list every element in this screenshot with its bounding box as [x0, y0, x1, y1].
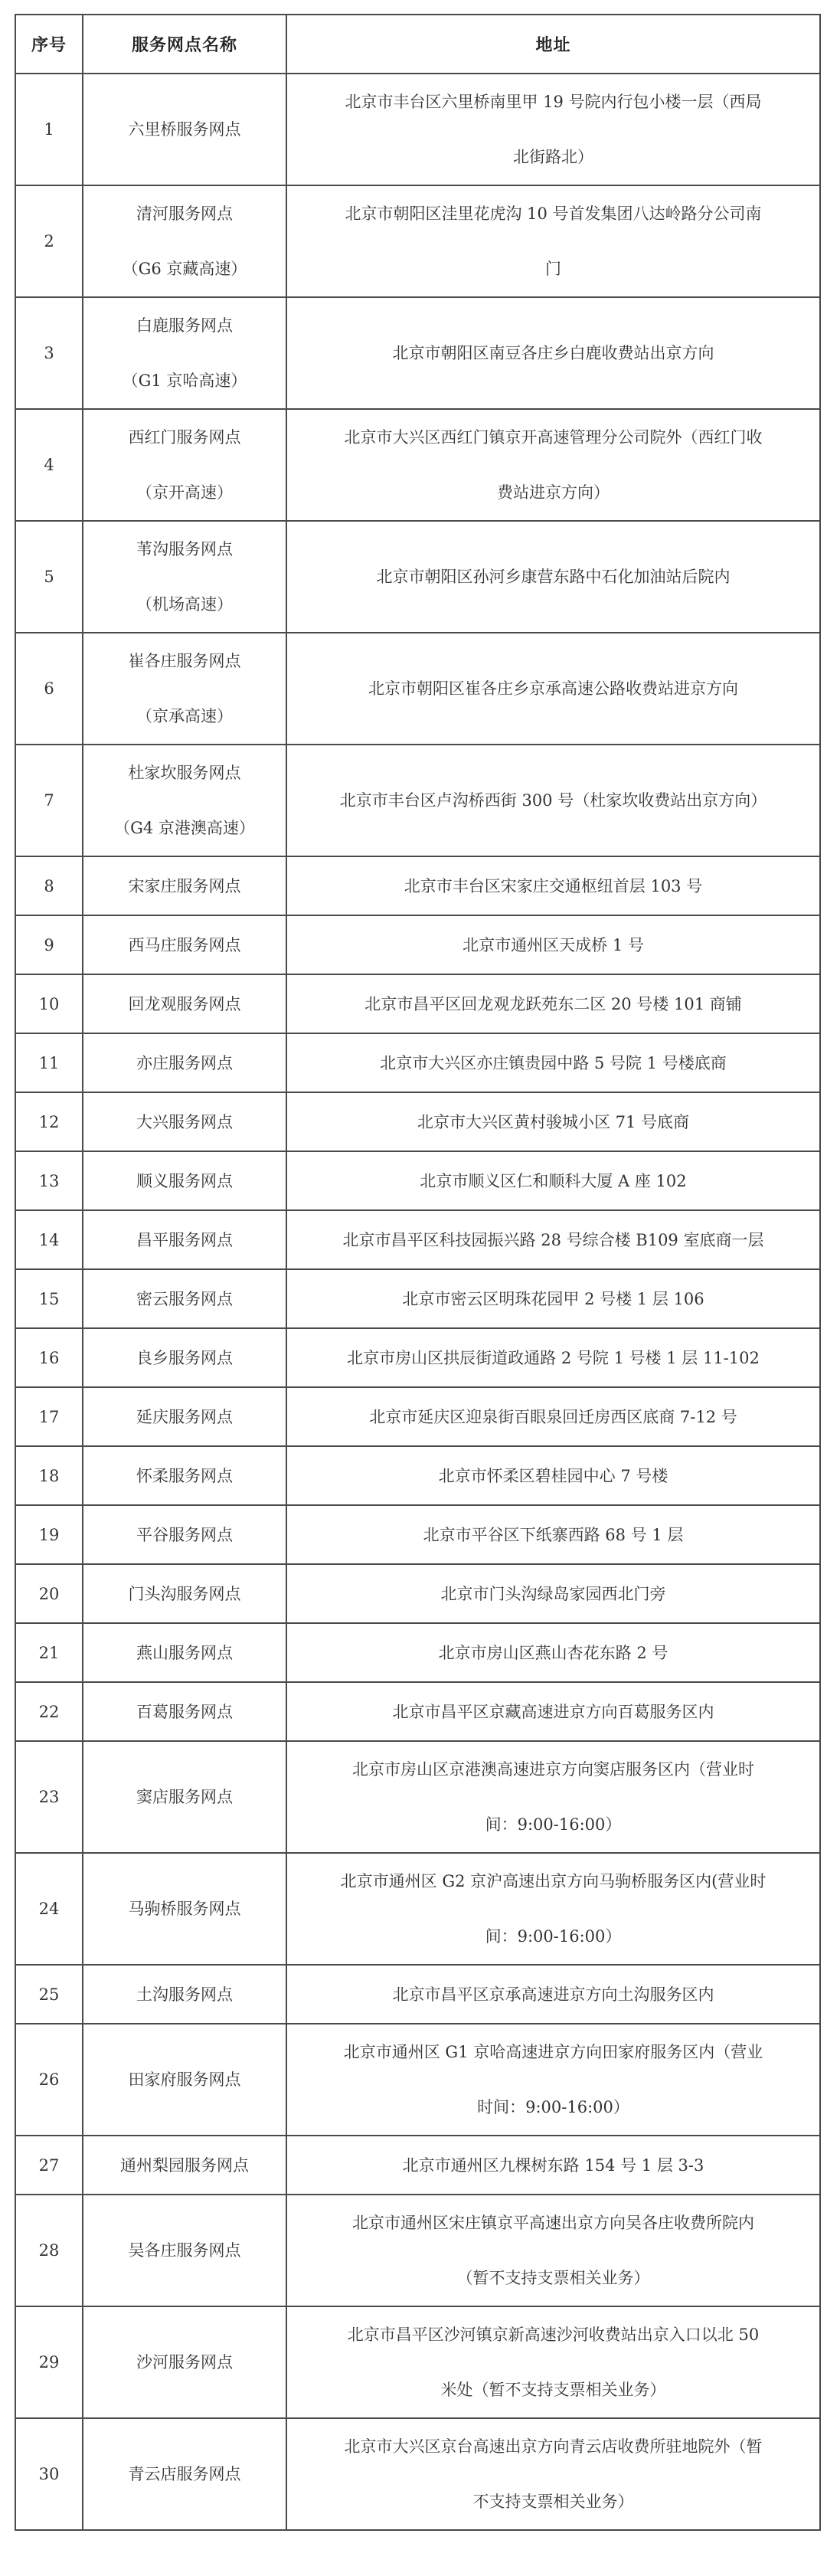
address-cell: 北京市丰台区卢沟桥西街 300 号（杜家坎收费站出京方向）	[286, 745, 820, 856]
outlet-name-cell: 亦庄服务网点	[83, 1033, 286, 1092]
address-line: 北京市延庆区迎泉街百眼泉回迁房西区底商 7-12 号	[296, 1389, 810, 1445]
address-cell: 北京市通州区宋庄镇京平高速出京方向吴各庄收费所院内（暂不支持支票相关业务）	[286, 2195, 820, 2306]
address-line: 北京市通州区宋庄镇京平高速出京方向吴各庄收费所院内	[296, 2195, 810, 2250]
address-line: 时间：9:00-16:00）	[296, 2080, 810, 2135]
address-cell: 北京市昌平区回龙观龙跃苑东二区 20 号楼 101 商铺	[286, 974, 820, 1033]
address-cell: 北京市延庆区迎泉街百眼泉回迁房西区底商 7-12 号	[286, 1387, 820, 1446]
outlet-name-cell: 窦店服务网点	[83, 1741, 286, 1853]
outlet-name: 回龙观服务网点	[91, 977, 278, 1032]
address-cell: 北京市通州区九棵树东路 154 号 1 层 3-3	[286, 2136, 820, 2195]
outlet-name-cell: 白鹿服务网点（G1 京哈高速）	[83, 297, 286, 409]
serial-number-cell: 3	[15, 297, 83, 409]
serial-number-cell: 9	[15, 915, 83, 974]
outlet-name-cell: 燕山服务网点	[83, 1623, 286, 1682]
address-line: 北京市丰台区卢沟桥西街 300 号（杜家坎收费站出京方向）	[296, 773, 810, 828]
serial-number-cell: 23	[15, 1741, 83, 1853]
serial-number-cell: 17	[15, 1387, 83, 1446]
outlet-name: 亦庄服务网点	[91, 1036, 278, 1091]
serial-number-cell: 8	[15, 856, 83, 915]
outlet-name: 崔各庄服务网点	[91, 633, 278, 689]
outlet-name: 白鹿服务网点	[91, 298, 278, 353]
outlet-name: 顺义服务网点	[91, 1154, 278, 1209]
outlet-name: 马驹桥服务网点	[91, 1881, 278, 1936]
address-cell: 北京市密云区明珠花园甲 2 号楼 1 层 106	[286, 1269, 820, 1328]
serial-number-cell: 10	[15, 974, 83, 1033]
address-line: 北京市密云区明珠花园甲 2 号楼 1 层 106	[296, 1272, 810, 1327]
address-cell: 北京市房山区燕山杏花东路 2 号	[286, 1623, 820, 1682]
address-cell: 北京市大兴区京台高速出京方向青云店收费所驻地院外（暂不支持支票相关业务）	[286, 2418, 820, 2530]
table-row: 20门头沟服务网点北京市门头沟绿岛家园西北门旁	[15, 1564, 820, 1623]
outlet-name: 杜家坎服务网点	[91, 745, 278, 800]
outlet-name: 燕山服务网点	[91, 1625, 278, 1681]
address-line: 北京市朝阳区南豆各庄乡白鹿收费站出京方向	[296, 326, 810, 381]
address-line: 北京市大兴区西红门镇京开高速管理分公司院外（西红门收	[296, 410, 810, 465]
outlet-name: 清河服务网点	[91, 186, 278, 241]
table-row: 26田家府服务网点北京市通州区 G1 京哈高速进京方向田家府服务区内（营业时间：…	[15, 2024, 820, 2136]
table-row: 14昌平服务网点北京市昌平区科技园振兴路 28 号综合楼 B109 室底商一层	[15, 1210, 820, 1269]
header-outlet-name: 服务网点名称	[83, 15, 286, 74]
address-cell: 北京市昌平区沙河镇京新高速沙河收费站出京入口以北 50米处（暂不支持支票相关业务…	[286, 2306, 820, 2418]
address-line: 北京市平谷区下纸寨西路 68 号 1 层	[296, 1507, 810, 1563]
outlet-name-cell: 怀柔服务网点	[83, 1446, 286, 1505]
outlet-highway: （京承高速）	[91, 689, 278, 744]
address-cell: 北京市平谷区下纸寨西路 68 号 1 层	[286, 1505, 820, 1564]
address-cell: 北京市朝阳区洼里花虎沟 10 号首发集团八达岭路分公司南门	[286, 185, 820, 297]
address-line: 北街路北）	[296, 129, 810, 185]
outlet-name-cell: 土沟服务网点	[83, 1965, 286, 2024]
address-line: 北京市通州区 G1 京哈高速进京方向田家府服务区内（营业	[296, 2024, 810, 2080]
address-cell: 北京市大兴区黄村骏城小区 71 号底商	[286, 1092, 820, 1151]
serial-number-cell: 2	[15, 185, 83, 297]
address-line: 北京市房山区燕山杏花东路 2 号	[296, 1625, 810, 1681]
outlet-name-cell: 沙河服务网点	[83, 2306, 286, 2418]
address-line: 北京市门头沟绿岛家园西北门旁	[296, 1566, 810, 1622]
address-cell: 北京市朝阳区孙河乡康营东路中石化加油站后院内	[286, 521, 820, 633]
outlet-name: 窦店服务网点	[91, 1769, 278, 1825]
address-line: 北京市丰台区宋家庄交通枢纽首层 103 号	[296, 859, 810, 914]
table-row: 21燕山服务网点北京市房山区燕山杏花东路 2 号	[15, 1623, 820, 1682]
table-row: 19平谷服务网点北京市平谷区下纸寨西路 68 号 1 层	[15, 1505, 820, 1564]
table-row: 15密云服务网点北京市密云区明珠花园甲 2 号楼 1 层 106	[15, 1269, 820, 1328]
outlet-name-cell: 通州梨园服务网点	[83, 2136, 286, 2195]
address-line: 门	[296, 241, 810, 296]
address-line: 北京市大兴区京台高速出京方向青云店收费所驻地院外（暂	[296, 2419, 810, 2474]
table-row: 6崔各庄服务网点（京承高速）北京市朝阳区崔各庄乡京承高速公路收费站进京方向	[15, 633, 820, 745]
outlet-name-cell: 回龙观服务网点	[83, 974, 286, 1033]
address-cell: 北京市丰台区宋家庄交通枢纽首层 103 号	[286, 856, 820, 915]
outlet-name-cell: 杜家坎服务网点（G4 京港澳高速）	[83, 745, 286, 856]
table-row: 3白鹿服务网点（G1 京哈高速）北京市朝阳区南豆各庄乡白鹿收费站出京方向	[15, 297, 820, 409]
outlet-name-cell: 青云店服务网点	[83, 2418, 286, 2530]
table-body: 1六里桥服务网点北京市丰台区六里桥南里甲 19 号院内行包小楼一层（西局北街路北…	[15, 74, 820, 2530]
serial-number-cell: 12	[15, 1092, 83, 1151]
serial-number-cell: 19	[15, 1505, 83, 1564]
address-line: 北京市昌平区京藏高速进京方向百葛服务区内	[296, 1684, 810, 1740]
outlet-name: 延庆服务网点	[91, 1389, 278, 1445]
outlet-name: 六里桥服务网点	[91, 102, 278, 157]
outlet-name-cell: 门头沟服务网点	[83, 1564, 286, 1623]
address-line: 北京市房山区拱辰街道政通路 2 号院 1 号楼 1 层 11-102	[296, 1331, 810, 1386]
outlet-name-cell: 百葛服务网点	[83, 1682, 286, 1741]
outlet-name: 怀柔服务网点	[91, 1448, 278, 1504]
address-cell: 北京市昌平区京藏高速进京方向百葛服务区内	[286, 1682, 820, 1741]
table-row: 10回龙观服务网点北京市昌平区回龙观龙跃苑东二区 20 号楼 101 商铺	[15, 974, 820, 1033]
address-cell: 北京市昌平区京承高速进京方向土沟服务区内	[286, 1965, 820, 2024]
table-row: 2清河服务网点（G6 京藏高速）北京市朝阳区洼里花虎沟 10 号首发集团八达岭路…	[15, 185, 820, 297]
serial-number-cell: 11	[15, 1033, 83, 1092]
outlet-name-cell: 大兴服务网点	[83, 1092, 286, 1151]
table-row: 5苇沟服务网点（机场高速）北京市朝阳区孙河乡康营东路中石化加油站后院内	[15, 521, 820, 633]
outlet-name-cell: 西马庄服务网点	[83, 915, 286, 974]
serial-number-cell: 14	[15, 1210, 83, 1269]
table-row: 27通州梨园服务网点北京市通州区九棵树东路 154 号 1 层 3-3	[15, 2136, 820, 2195]
outlet-name-cell: 田家府服务网点	[83, 2024, 286, 2136]
address-cell: 北京市昌平区科技园振兴路 28 号综合楼 B109 室底商一层	[286, 1210, 820, 1269]
serial-number-cell: 21	[15, 1623, 83, 1682]
outlet-highway: （G1 京哈高速）	[91, 353, 278, 408]
address-line: 间：9:00-16:00）	[296, 1909, 810, 1964]
outlet-name-cell: 密云服务网点	[83, 1269, 286, 1328]
address-line: 北京市大兴区黄村骏城小区 71 号底商	[296, 1095, 810, 1150]
serial-number-cell: 18	[15, 1446, 83, 1505]
serial-number-cell: 13	[15, 1151, 83, 1210]
serial-number-cell: 27	[15, 2136, 83, 2195]
address-cell: 北京市朝阳区崔各庄乡京承高速公路收费站进京方向	[286, 633, 820, 745]
address-line: 北京市怀柔区碧桂园中心 7 号楼	[296, 1448, 810, 1504]
table-row: 8宋家庄服务网点北京市丰台区宋家庄交通枢纽首层 103 号	[15, 856, 820, 915]
address-line: 北京市通州区天成桥 1 号	[296, 918, 810, 973]
table-header-row: 序号 服务网点名称 地址	[15, 15, 820, 74]
outlet-name: 西红门服务网点	[91, 410, 278, 465]
outlet-name: 西马庄服务网点	[91, 918, 278, 973]
outlet-highway: （机场高速）	[91, 577, 278, 632]
outlet-name: 吴各庄服务网点	[91, 2223, 278, 2278]
serial-number-cell: 30	[15, 2418, 83, 2530]
outlet-name-cell: 清河服务网点（G6 京藏高速）	[83, 185, 286, 297]
address-line: 间：9:00-16:00）	[296, 1797, 810, 1852]
serial-number-cell: 7	[15, 745, 83, 856]
outlet-name-cell: 昌平服务网点	[83, 1210, 286, 1269]
table-row: 30青云店服务网点北京市大兴区京台高速出京方向青云店收费所驻地院外（暂不支持支票…	[15, 2418, 820, 2530]
outlet-name-cell: 吴各庄服务网点	[83, 2195, 286, 2306]
table-row: 17延庆服务网点北京市延庆区迎泉街百眼泉回迁房西区底商 7-12 号	[15, 1387, 820, 1446]
table-row: 29沙河服务网点北京市昌平区沙河镇京新高速沙河收费站出京入口以北 50米处（暂不…	[15, 2306, 820, 2418]
address-line: 北京市大兴区亦庄镇贵园中路 5 号院 1 号楼底商	[296, 1036, 810, 1091]
address-line: 北京市通州区 G2 京沪高速出京方向马驹桥服务区内(营业时	[296, 1854, 810, 1909]
serial-number-cell: 24	[15, 1853, 83, 1965]
outlet-name: 土沟服务网点	[91, 1967, 278, 2022]
outlet-name-cell: 西红门服务网点（京开高速）	[83, 409, 286, 521]
address-line: 费站进京方向）	[296, 465, 810, 520]
address-line: 北京市昌平区沙河镇京新高速沙河收费站出京入口以北 50	[296, 2307, 810, 2362]
outlet-name-cell: 延庆服务网点	[83, 1387, 286, 1446]
address-cell: 北京市大兴区西红门镇京开高速管理分公司院外（西红门收费站进京方向）	[286, 409, 820, 521]
address-cell: 北京市丰台区六里桥南里甲 19 号院内行包小楼一层（西局北街路北）	[286, 74, 820, 185]
address-line: 北京市朝阳区孙河乡康营东路中石化加油站后院内	[296, 549, 810, 604]
address-line: 米处（暂不支持支票相关业务）	[296, 2362, 810, 2417]
table-row: 16良乡服务网点北京市房山区拱辰街道政通路 2 号院 1 号楼 1 层 11-1…	[15, 1328, 820, 1387]
address-cell: 北京市怀柔区碧桂园中心 7 号楼	[286, 1446, 820, 1505]
table-row: 18怀柔服务网点北京市怀柔区碧桂园中心 7 号楼	[15, 1446, 820, 1505]
header-address: 地址	[286, 15, 820, 74]
serial-number-cell: 5	[15, 521, 83, 633]
address-cell: 北京市房山区拱辰街道政通路 2 号院 1 号楼 1 层 11-102	[286, 1328, 820, 1387]
outlet-highway: （G6 京藏高速）	[91, 241, 278, 296]
outlet-name-cell: 苇沟服务网点（机场高速）	[83, 521, 286, 633]
serial-number-cell: 26	[15, 2024, 83, 2136]
serial-number-cell: 15	[15, 1269, 83, 1328]
address-line: 北京市顺义区仁和顺科大厦 A 座 102	[296, 1154, 810, 1209]
outlet-name-cell: 崔各庄服务网点（京承高速）	[83, 633, 286, 745]
address-cell: 北京市朝阳区南豆各庄乡白鹿收费站出京方向	[286, 297, 820, 409]
address-cell: 北京市通州区 G1 京哈高速进京方向田家府服务区内（营业时间：9:00-16:0…	[286, 2024, 820, 2136]
table-row: 11亦庄服务网点北京市大兴区亦庄镇贵园中路 5 号院 1 号楼底商	[15, 1033, 820, 1092]
outlet-name: 大兴服务网点	[91, 1095, 278, 1150]
outlet-highway: （G4 京港澳高速）	[91, 800, 278, 856]
table-row: 28吴各庄服务网点北京市通州区宋庄镇京平高速出京方向吴各庄收费所院内（暂不支持支…	[15, 2195, 820, 2306]
table-row: 7杜家坎服务网点（G4 京港澳高速）北京市丰台区卢沟桥西街 300 号（杜家坎收…	[15, 745, 820, 856]
address-line: （暂不支持支票相关业务）	[296, 2250, 810, 2306]
outlet-name: 平谷服务网点	[91, 1507, 278, 1563]
table-row: 9西马庄服务网点北京市通州区天成桥 1 号	[15, 915, 820, 974]
address-cell: 北京市通州区 G2 京沪高速出京方向马驹桥服务区内(营业时间：9:00-16:0…	[286, 1853, 820, 1965]
address-cell: 北京市通州区天成桥 1 号	[286, 915, 820, 974]
outlet-name: 宋家庄服务网点	[91, 859, 278, 914]
outlet-name-cell: 良乡服务网点	[83, 1328, 286, 1387]
outlet-name-cell: 平谷服务网点	[83, 1505, 286, 1564]
serial-number-cell: 6	[15, 633, 83, 745]
table-row: 1六里桥服务网点北京市丰台区六里桥南里甲 19 号院内行包小楼一层（西局北街路北…	[15, 74, 820, 185]
serial-number-cell: 20	[15, 1564, 83, 1623]
address-line: 北京市昌平区京承高速进京方向土沟服务区内	[296, 1967, 810, 2022]
service-outlets-table-container: 序号 服务网点名称 地址 1六里桥服务网点北京市丰台区六里桥南里甲 19 号院内…	[15, 14, 821, 2531]
outlet-name: 昌平服务网点	[91, 1213, 278, 1268]
service-outlets-table: 序号 服务网点名称 地址 1六里桥服务网点北京市丰台区六里桥南里甲 19 号院内…	[15, 14, 821, 2531]
outlet-name: 良乡服务网点	[91, 1331, 278, 1386]
serial-number-cell: 28	[15, 2195, 83, 2306]
address-line: 不支持支票相关业务）	[296, 2474, 810, 2529]
outlet-name: 青云店服务网点	[91, 2447, 278, 2502]
outlet-highway: （京开高速）	[91, 465, 278, 520]
address-line: 北京市丰台区六里桥南里甲 19 号院内行包小楼一层（西局	[296, 74, 810, 129]
table-row: 4西红门服务网点（京开高速）北京市大兴区西红门镇京开高速管理分公司院外（西红门收…	[15, 409, 820, 521]
outlet-name-cell: 马驹桥服务网点	[83, 1853, 286, 1965]
table-row: 22百葛服务网点北京市昌平区京藏高速进京方向百葛服务区内	[15, 1682, 820, 1741]
address-line: 北京市朝阳区崔各庄乡京承高速公路收费站进京方向	[296, 661, 810, 716]
outlet-name: 门头沟服务网点	[91, 1566, 278, 1622]
outlet-name: 沙河服务网点	[91, 2335, 278, 2390]
table-row: 24马驹桥服务网点北京市通州区 G2 京沪高速出京方向马驹桥服务区内(营业时间：…	[15, 1853, 820, 1965]
outlet-name-cell: 宋家庄服务网点	[83, 856, 286, 915]
address-line: 北京市昌平区科技园振兴路 28 号综合楼 B109 室底商一层	[296, 1213, 810, 1268]
outlet-name: 通州梨园服务网点	[91, 2138, 278, 2193]
serial-number-cell: 29	[15, 2306, 83, 2418]
serial-number-cell: 16	[15, 1328, 83, 1387]
table-row: 25土沟服务网点北京市昌平区京承高速进京方向土沟服务区内	[15, 1965, 820, 2024]
serial-number-cell: 25	[15, 1965, 83, 2024]
outlet-name: 苇沟服务网点	[91, 522, 278, 577]
address-line: 北京市通州区九棵树东路 154 号 1 层 3-3	[296, 2138, 810, 2193]
header-serial-number: 序号	[15, 15, 83, 74]
address-line: 北京市朝阳区洼里花虎沟 10 号首发集团八达岭路分公司南	[296, 186, 810, 241]
outlet-name-cell: 顺义服务网点	[83, 1151, 286, 1210]
address-cell: 北京市顺义区仁和顺科大厦 A 座 102	[286, 1151, 820, 1210]
serial-number-cell: 22	[15, 1682, 83, 1741]
outlet-name-cell: 六里桥服务网点	[83, 74, 286, 185]
address-line: 北京市昌平区回龙观龙跃苑东二区 20 号楼 101 商铺	[296, 977, 810, 1032]
address-cell: 北京市房山区京港澳高速进京方向窦店服务区内（营业时间：9:00-16:00）	[286, 1741, 820, 1853]
serial-number-cell: 1	[15, 74, 83, 185]
table-row: 13顺义服务网点北京市顺义区仁和顺科大厦 A 座 102	[15, 1151, 820, 1210]
outlet-name: 百葛服务网点	[91, 1684, 278, 1740]
address-cell: 北京市大兴区亦庄镇贵园中路 5 号院 1 号楼底商	[286, 1033, 820, 1092]
outlet-name: 密云服务网点	[91, 1272, 278, 1327]
address-line: 北京市房山区京港澳高速进京方向窦店服务区内（营业时	[296, 1742, 810, 1797]
table-row: 12大兴服务网点北京市大兴区黄村骏城小区 71 号底商	[15, 1092, 820, 1151]
serial-number-cell: 4	[15, 409, 83, 521]
table-row: 23窦店服务网点北京市房山区京港澳高速进京方向窦店服务区内（营业时间：9:00-…	[15, 1741, 820, 1853]
address-cell: 北京市门头沟绿岛家园西北门旁	[286, 1564, 820, 1623]
outlet-name: 田家府服务网点	[91, 2052, 278, 2107]
